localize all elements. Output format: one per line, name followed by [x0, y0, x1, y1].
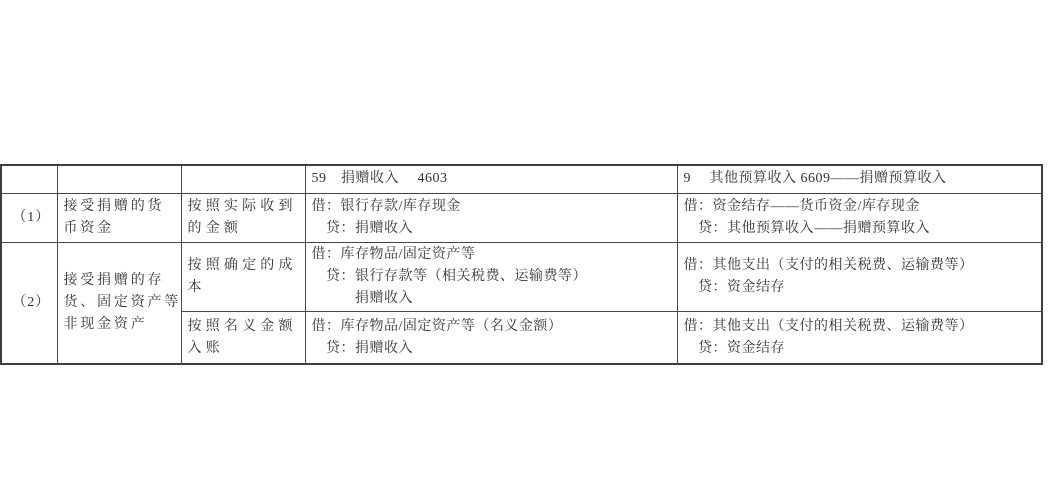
- table-header-row: 59 捐赠收入 4603 9 其他预算收入 6609——捐赠预算收入: [1, 165, 1042, 194]
- scanned-page: 59 捐赠收入 4603 9 其他预算收入 6609——捐赠预算收入 （1） 接…: [0, 0, 1053, 500]
- row2b-budget-entry: 借：其他支出（支付的相关税费、运输费等） 贷：资金结存: [677, 312, 1042, 365]
- header-financial-account-cell: 59 捐赠收入 4603: [305, 165, 677, 194]
- row2a-measurement-basis: 按照确定的成 本: [181, 243, 305, 312]
- header-no-cell: [1, 165, 57, 194]
- row1-financial-entry: 借：银行存款/库存现金 贷：捐赠收入: [305, 194, 677, 243]
- table-row-2a: （2） 接受捐赠的存 货、固定资产等 非现金资产 按照确定的成 本 借：库存物品…: [1, 243, 1042, 312]
- header-budget-account-cell: 9 其他预算收入 6609——捐赠预算收入: [677, 165, 1042, 194]
- row2a-budget-entry: 借：其他支出（支付的相关税费、运输费等） 贷：资金结存: [677, 243, 1042, 312]
- row2b-financial-entry: 借：库存物品/固定资产等（名义金额） 贷：捐赠收入: [305, 312, 677, 365]
- table-row-1: （1） 接受捐赠的货 币资金 按照实际收到 的金额 借：银行存款/库存现金 贷：…: [1, 194, 1042, 243]
- row1-budget-entry: 借：资金结存——货币资金/库存现金 贷：其他预算收入——捐赠预算收入: [677, 194, 1042, 243]
- row1-item: 接受捐赠的货 币资金: [57, 194, 181, 243]
- row2-item: 接受捐赠的存 货、固定资产等 非现金资产: [57, 243, 181, 365]
- row1-measurement-basis: 按照实际收到 的金额: [181, 194, 305, 243]
- row2a-financial-entry: 借：库存物品/固定资产等 贷：银行存款等（相关税费、运输费等） 捐赠收入: [305, 243, 677, 312]
- row1-number: （1）: [1, 194, 57, 243]
- donation-accounting-table: 59 捐赠收入 4603 9 其他预算收入 6609——捐赠预算收入 （1） 接…: [0, 164, 1043, 365]
- row2-number: （2）: [1, 243, 57, 365]
- row2b-measurement-basis: 按照名义金额 入账: [181, 312, 305, 365]
- header-basis-cell: [181, 165, 305, 194]
- header-item-cell: [57, 165, 181, 194]
